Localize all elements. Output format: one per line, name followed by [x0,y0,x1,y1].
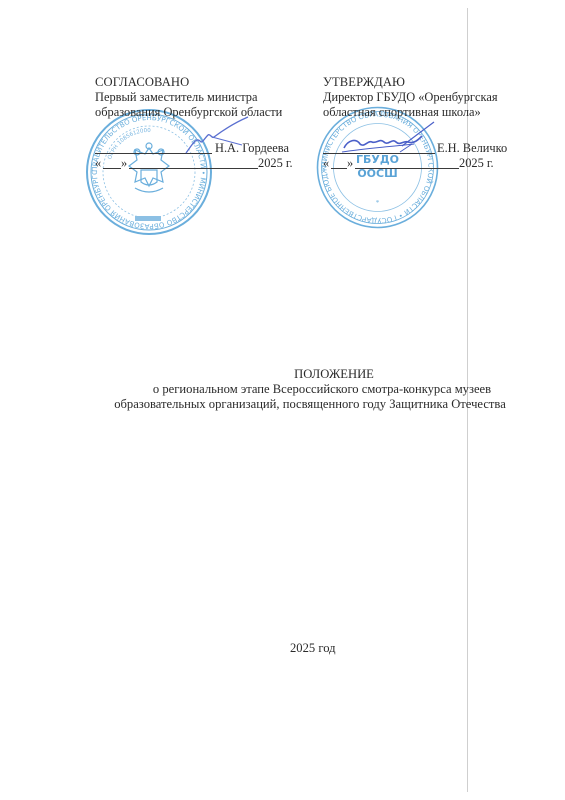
approval-right-position-1: Директор ГБУДО «Оренбургская [323,90,498,105]
document-year: 2025 год [290,641,336,656]
document-subtitle-line-1: о региональном этапе Всероссийского смот… [90,382,530,397]
approval-block-right: УТВЕРЖДАЮ Директор ГБУДО «Оренбургская о… [323,75,498,171]
date-quote-open: « [323,156,329,171]
approval-left-date-line: « » 2025 г. [95,156,282,171]
date-day-blank [103,168,121,169]
approval-right-signatory: Е.Н. Величко [437,141,507,156]
signature-underline [323,153,435,154]
date-month-blank [355,168,459,169]
approval-left-signature-line: Н.А. Гордеева [95,141,282,156]
approval-right-year: 2025 г. [459,156,494,171]
approval-left-year: 2025 г. [258,156,293,171]
date-month-blank [129,168,258,169]
approval-right-position-2: областная спортивная школа» [323,105,498,120]
approval-right-date-line: « » 2025 г. [323,156,498,171]
date-quote-open: « [95,156,101,171]
document-page: ПРАВИТЕЛЬСТВО ОРЕНБУРГСКОЙ ОБЛАСТИ • МИН… [0,0,565,800]
approval-left-signatory: Н.А. Гордеева [215,141,289,156]
date-quote-close: » [121,156,127,171]
approval-right-signature-line: Е.Н. Величко [323,141,498,156]
document-subtitle-line-2: образовательных организаций, посвященног… [90,397,530,412]
svg-text:*: * [376,199,380,207]
date-quote-close: » [347,156,353,171]
signature-underline [95,153,212,154]
date-day-blank [331,168,347,169]
approval-left-position-2: образования Оренбургской области [95,105,282,120]
approval-right-heading: УТВЕРЖДАЮ [323,75,498,90]
document-title: ПОЛОЖЕНИЕ [90,367,530,382]
approval-left-heading: СОГЛАСОВАНО [95,75,282,90]
approval-left-position-1: Первый заместитель министра [95,90,282,105]
approval-block-left: СОГЛАСОВАНО Первый заместитель министра … [95,75,282,171]
